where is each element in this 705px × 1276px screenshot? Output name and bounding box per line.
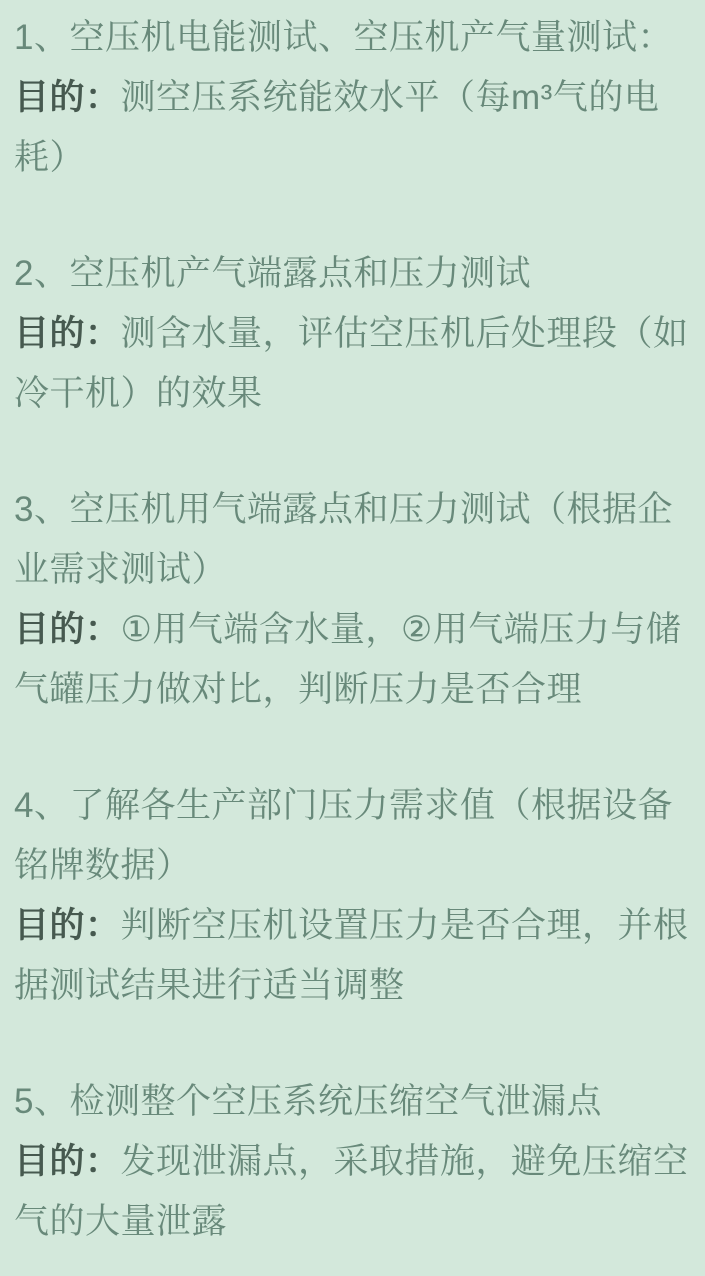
item-title: 4、了解各生产部门压力需求值（根据设备铭牌数据） xyxy=(14,776,691,896)
purpose-label: 目的： xyxy=(14,906,121,945)
purpose-line: 目的：判断空压机设置压力是否合理，并根据测试结果进行适当调整 xyxy=(14,896,691,1016)
notes-page: 1、空压机电能测试、空压机产气量测试： 目的：测空压系统能效水平（每m³气的电耗… xyxy=(14,8,691,1252)
item-title: 5、检测整个空压系统压缩空气泄漏点 xyxy=(14,1072,691,1132)
purpose-line: 目的：发现泄漏点，采取措施，避免压缩空气的大量泄露 xyxy=(14,1132,691,1252)
list-item: 4、了解各生产部门压力需求值（根据设备铭牌数据） 目的：判断空压机设置压力是否合… xyxy=(14,776,691,1016)
purpose-line: 目的：①用气端含水量，②用气端压力与储气罐压力做对比，判断压力是否合理 xyxy=(14,600,691,720)
item-title: 2、空压机产气端露点和压力测试 xyxy=(14,244,691,304)
purpose-line: 目的：测空压系统能效水平（每m³气的电耗） xyxy=(14,68,691,188)
item-title: 3、空压机用气端露点和压力测试（根据企业需求测试） xyxy=(14,480,691,600)
purpose-label: 目的： xyxy=(14,314,121,353)
purpose-label: 目的： xyxy=(14,610,121,649)
purpose-line: 目的：测含水量，评估空压机后处理段（如冷干机）的效果 xyxy=(14,304,691,424)
item-title: 1、空压机电能测试、空压机产气量测试： xyxy=(14,8,691,68)
list-item: 5、检测整个空压系统压缩空气泄漏点 目的：发现泄漏点，采取措施，避免压缩空气的大… xyxy=(14,1072,691,1252)
purpose-label: 目的： xyxy=(14,1142,121,1181)
list-item: 1、空压机电能测试、空压机产气量测试： 目的：测空压系统能效水平（每m³气的电耗… xyxy=(14,8,691,188)
list-item: 3、空压机用气端露点和压力测试（根据企业需求测试） 目的：①用气端含水量，②用气… xyxy=(14,480,691,720)
list-item: 2、空压机产气端露点和压力测试 目的：测含水量，评估空压机后处理段（如冷干机）的… xyxy=(14,244,691,424)
purpose-label: 目的： xyxy=(14,78,121,117)
